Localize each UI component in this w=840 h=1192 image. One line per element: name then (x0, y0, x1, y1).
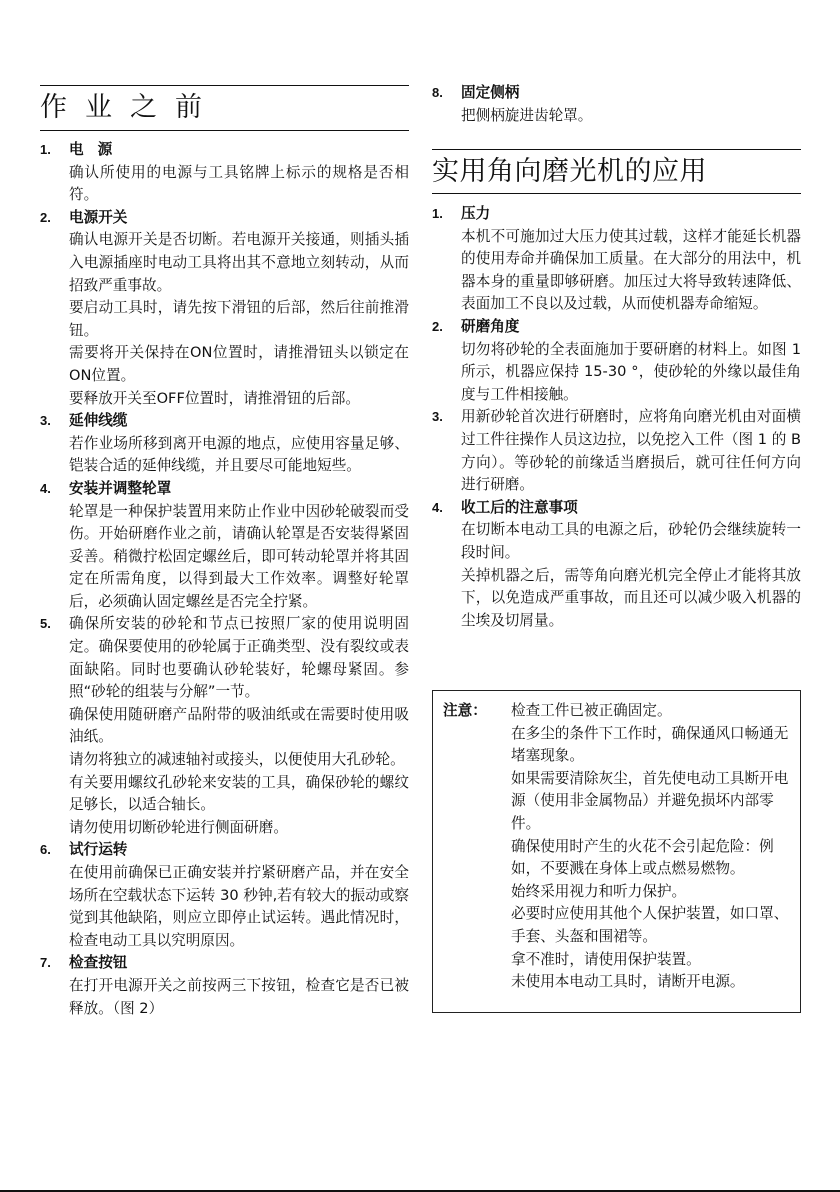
item-paragraph: 有关要用螺纹孔砂轮来安装的工具，确保砂轮的螺纹足够长，以适合轴长。 (69, 772, 409, 817)
item-number: 2. (40, 207, 51, 230)
item-number: 1. (40, 139, 51, 162)
item-paragraph: 在切断本电动工具的电源之后，砂轮仍会继续旋转一段时间。 (461, 519, 801, 564)
item-number: 7. (40, 952, 51, 975)
caution-line: 确保使用时产生的火花不会引起危险：例如，不要溅在身体上或点燃易燃物。 (511, 836, 790, 881)
list-item-power-source: 1. 电源 确认所使用的电源与工具铭牌上标示的规格是否相符。 (40, 139, 409, 207)
item-paragraph: 确保所安装的砂轮和节点已按照厂家的使用说明固定。确保要使用的砂轮属于正确类型、没… (69, 613, 409, 703)
caution-line: 未使用本电动工具时，请断开电源。 (511, 971, 790, 994)
item-paragraph: 本机不可施加过大压力使其过载，这样才能延长机器的使用寿命并确保加工质量。在大部分… (461, 226, 801, 316)
item-title: 电源开关 (69, 207, 409, 230)
list-item-extension-cord: 3. 延伸线缆 若作业场所移到离开电源的地点，应使用容量足够、铠装合适的延伸线缆… (40, 410, 409, 478)
item-paragraph: 确认所使用的电源与工具铭牌上标示的规格是否相符。 (69, 162, 409, 207)
item-number: 4. (432, 497, 443, 520)
item-paragraph: 在打开电源开关之前按两三下按钮，检查它是否已被释放。（图 2） (69, 975, 409, 1020)
section-heading-grinder-application: 实用角向磨光机的应用 (432, 149, 801, 194)
item-paragraph: 用新砂轮首次进行研磨时，应将角向磨光机由对面横过工件往操作人员这边拉，以免挖入工… (461, 406, 801, 496)
item-number: 4. (40, 478, 51, 501)
before-operation-list-continued: 8. 固定侧柄 把侧柄旋进齿轮罩。 (432, 82, 801, 127)
item-paragraph: 关掉机器之后，需等角向磨光机完全停止才能将其放下，以免造成严重事故，而且还可以减… (461, 565, 801, 633)
caution-line: 始终采用视力和听力保护。 (511, 881, 790, 904)
list-item-wheel-mounting: 5. 确保所安装的砂轮和节点已按照厂家的使用说明固定。确保要使用的砂轮属于正确类… (40, 613, 409, 839)
item-paragraph: 切勿将砂轮的全表面施加于要研磨的材料上。如图 1 所示，机器应保持 15-30 … (461, 339, 801, 407)
item-number: 2. (432, 316, 443, 339)
caution-notice-box: 注意： 检查工件已被正确固定。 在多尘的条件下工作时，确保通风口畅通无堵塞现象。… (432, 690, 801, 1013)
caution-label: 注意： (443, 700, 487, 723)
list-item-test-run: 6. 试行运转 在使用前确保已正确安装并拧紧研磨产品，并在安全场所在空载状态下运… (40, 839, 409, 952)
list-item-check-button: 7. 检查按钮 在打开电源开关之前按两三下按钮，检查它是否已被释放。（图 2） (40, 952, 409, 1020)
caution-line: 如果需要清除灰尘，首先使电动工具断开电源（使用非金属物品）并避免损坏内部零件。 (511, 768, 790, 836)
list-item-grinding-angle: 2. 研磨角度 切勿将砂轮的全表面施加于要研磨的材料上。如图 1 所示，机器应保… (432, 316, 801, 406)
caution-lines: 检查工件已被正确固定。 在多尘的条件下工作时，确保通风口畅通无堵塞现象。 如果需… (511, 700, 790, 994)
caution-line: 在多尘的条件下工作时，确保通风口畅通无堵塞现象。 (511, 723, 790, 768)
item-paragraph: 确认电源开关是否切断。若电源开关接通，则插头插入电源插座时电动工具将出其不意地立… (69, 229, 409, 297)
item-paragraph: 在使用前确保已正确安装并拧紧研磨产品，并在安全场所在空载状态下运转 30 秒钟,… (69, 862, 409, 952)
list-item-new-wheel: 3. 用新砂轮首次进行研磨时，应将角向磨光机由对面横过工件往操作人员这边拉，以免… (432, 406, 801, 496)
item-number: 6. (40, 839, 51, 862)
item-title: 检查按钮 (69, 952, 409, 975)
item-paragraph: 要释放开关至OFF位置时，请推滑钮的后部。 (69, 388, 409, 411)
caution-line: 拿不准时，请使用保护装置。 (511, 949, 790, 972)
caution-line: 检查工件已被正确固定。 (511, 700, 790, 723)
item-title: 延伸线缆 (69, 410, 409, 433)
item-title: 固定侧柄 (461, 82, 801, 105)
before-operation-list: 1. 电源 确认所使用的电源与工具铭牌上标示的规格是否相符。 2. 电源开关 确… (40, 139, 409, 1020)
item-paragraph: 请勿使用切断砂轮进行侧面研磨。 (69, 817, 409, 840)
list-item-wheel-guard: 4. 安装并调整轮罩 轮罩是一种保护装置用来防止作业中因砂轮破裂而受伤。开始研磨… (40, 478, 409, 614)
list-item-pressure: 1. 压力 本机不可施加过大压力使其过载，这样才能延长机器的使用寿命并确保加工质… (432, 203, 801, 316)
grinder-application-list: 1. 压力 本机不可施加过大压力使其过载，这样才能延长机器的使用寿命并确保加工质… (432, 203, 801, 632)
item-title: 压力 (461, 203, 801, 226)
item-paragraph: 把侧柄旋进齿轮罩。 (461, 105, 801, 128)
item-title: 安装并调整轮罩 (69, 478, 409, 501)
item-number: 8. (432, 82, 443, 105)
item-paragraph: 需要将开关保持在ON位置时，请推滑钮头以锁定在ON位置。 (69, 342, 409, 387)
list-item-after-work: 4. 收工后的注意事项 在切断本电动工具的电源之后，砂轮仍会继续旋转一段时间。 … (432, 497, 801, 633)
item-title: 试行运转 (69, 839, 409, 862)
item-number: 1. (432, 203, 443, 226)
item-number: 3. (40, 410, 51, 433)
item-title: 收工后的注意事项 (461, 497, 801, 520)
item-title: 研磨角度 (461, 316, 801, 339)
item-paragraph: 确保使用随研磨产品附带的吸油纸或在需要时使用吸油纸。 (69, 704, 409, 749)
item-paragraph: 轮罩是一种保护装置用来防止作业中因砂轮破裂而受伤。开始研磨作业之前，请确认轮罩是… (69, 501, 409, 614)
item-title: 电源 (69, 139, 409, 162)
list-item-side-handle: 8. 固定侧柄 把侧柄旋进齿轮罩。 (432, 82, 801, 127)
item-paragraph: 请勿将独立的减速轴衬或接头，以便使用大孔砂轮。 (69, 749, 409, 772)
section-heading-before-operation: 作业之前 (40, 85, 409, 131)
list-item-power-switch: 2. 电源开关 确认电源开关是否切断。若电源开关接通，则插头插入电源插座时电动工… (40, 207, 409, 410)
item-number: 5. (40, 613, 51, 636)
item-paragraph: 若作业场所移到离开电源的地点，应使用容量足够、铠装合适的延伸线缆，并且要尽可能地… (69, 433, 409, 478)
caution-line: 必要时应使用其他个人保护装置，如口罩、手套、头盔和围裙等。 (511, 903, 790, 948)
item-number: 3. (432, 406, 443, 429)
item-paragraph: 要启动工具时，请先按下滑钮的后部，然后往前推滑钮。 (69, 297, 409, 342)
